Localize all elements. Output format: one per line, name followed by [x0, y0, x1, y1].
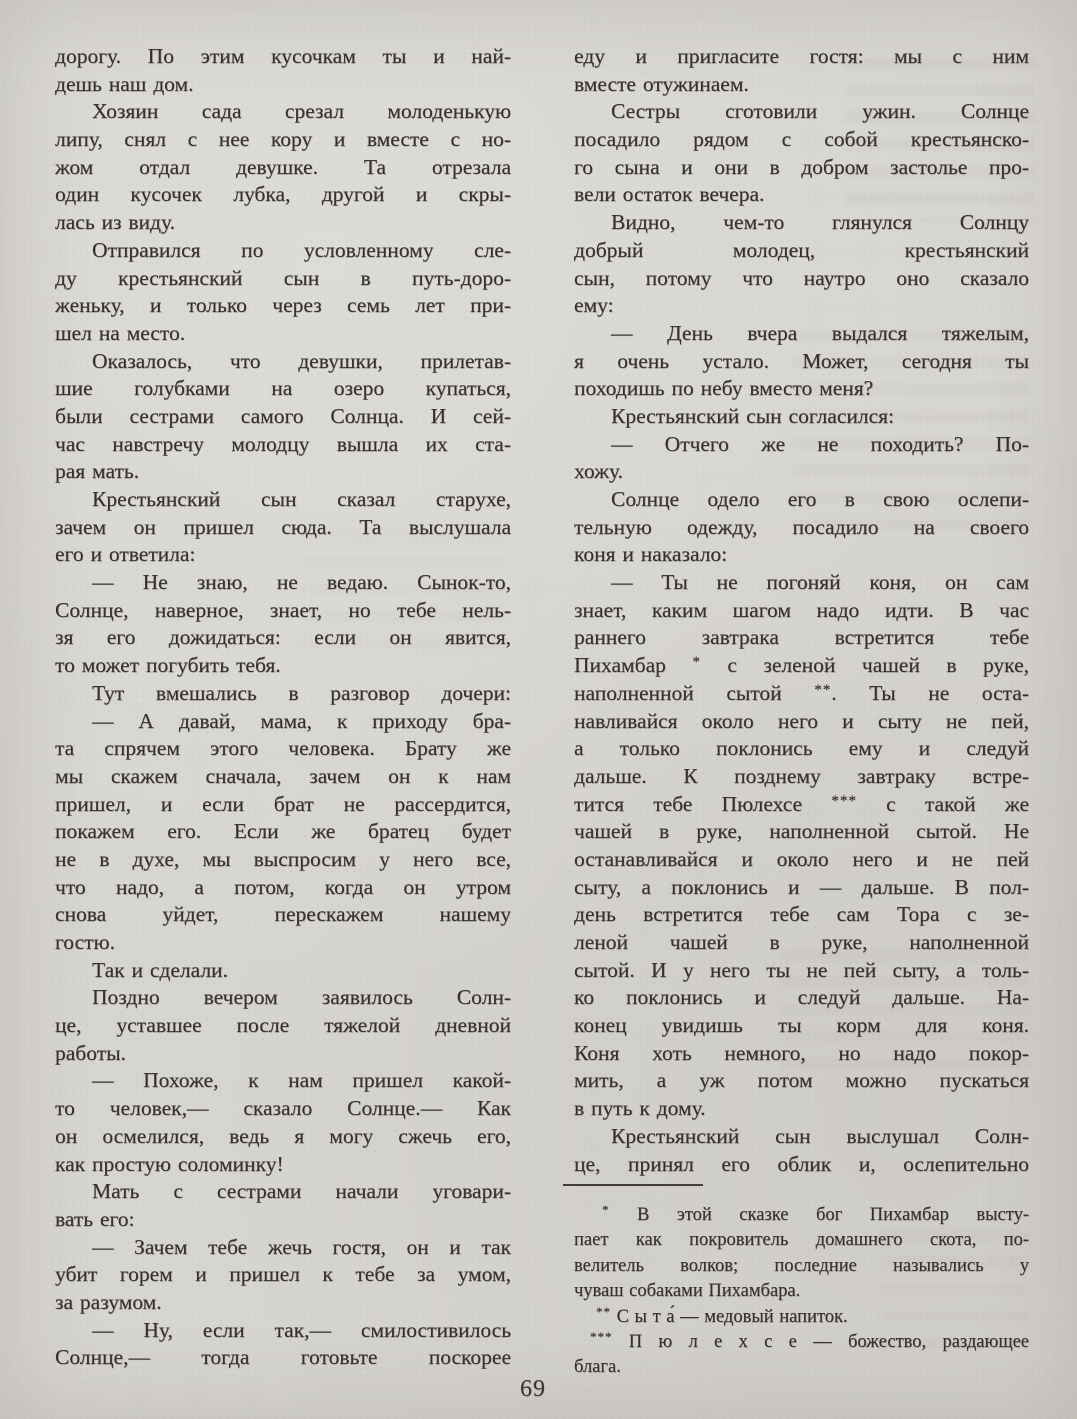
text-line: велитель волков; последние назывались у [574, 1254, 1029, 1279]
text-line: липу, снял с нее кору и вместе с но- [55, 126, 511, 154]
paragraph: — День вчера выдался тяжелым,я очень уст… [574, 320, 1029, 403]
footnote-marker: ** [814, 682, 831, 698]
text-line: чуваш собаками Пихамбара. [574, 1279, 1029, 1304]
text-line: Поздно вечером заявилось Солн- [55, 984, 511, 1012]
text-line: дальше. К позднему завтраку встре- [574, 763, 1029, 791]
footnote-marker: * [602, 1202, 609, 1217]
text-line: сытой. И у него ты не пей сыту, а толь- [574, 957, 1029, 985]
footnote-marker: *** [831, 793, 857, 809]
text-line: Оказалось, что девушки, прилетав- [55, 348, 511, 376]
text-line: были сестрами самого Солнца. И сей- [55, 403, 511, 431]
text-line: дешь наш дом. [55, 71, 511, 99]
text-line: Тут вмешались в разговор дочери: [55, 680, 511, 708]
paragraph: — Ну, если так,— смилостивилосьСолнце,— … [55, 1317, 511, 1372]
footnotes: * В этой сказке бог Пихамбар высту-пает … [574, 1203, 1029, 1381]
text-line: Хозяин сада срезал молоденькую [55, 98, 511, 126]
text-line: вместе отужинаем. [574, 71, 1029, 99]
text-line: убит горем и пришел к тебе за умом, [55, 1261, 511, 1289]
text-line: ко поклонись и следуй дальше. На- [574, 984, 1029, 1012]
paragraph: Оказалось, что девушки, прилетав-шие гол… [55, 348, 511, 486]
text-line: — Ты не погоняй коня, он сам [574, 569, 1029, 597]
text-line: ему: [574, 292, 1029, 320]
text-line: сыту, а поклонись и — дальше. В пол- [574, 874, 1029, 902]
text-line: — А давай, мама, к приходу бра- [55, 708, 511, 736]
text-line: я очень устало. Может, сегодня ты [574, 348, 1029, 376]
text-line: за разумом. [55, 1289, 511, 1317]
text-line: — Зачем тебе жечь гостя, он и так [55, 1234, 511, 1262]
paragraph: Поздно вечером заявилось Солн-це, уставш… [55, 984, 511, 1067]
text-line: * В этой сказке бог Пихамбар высту- [574, 1203, 1029, 1228]
text-line: — Ну, если так,— смилостивилось [55, 1317, 511, 1345]
text-line: хожу. [574, 458, 1029, 486]
text-line: работы. [55, 1040, 511, 1068]
text-line: Крестьянский сын согласился: [574, 403, 1029, 431]
paragraph: *** П ю л е х с е — божество, раздающееб… [574, 1330, 1029, 1381]
text-line: Отправился по условленному сле- [55, 237, 511, 265]
paragraph: Сестры сготовили ужин. Солнцепосадило ря… [574, 98, 1029, 209]
footnote-separator [563, 1184, 703, 1186]
paragraph: Солнце одело его в свою ослепи-тельную о… [574, 486, 1029, 569]
right-column: еду и пригласите гостя: мы с нимвместе о… [574, 43, 1029, 1178]
text-line: шие голубками на озеро купаться, [55, 375, 511, 403]
text-line: навливайся около него и сыту не пей, [574, 708, 1029, 736]
paragraph: — Ты не погоняй коня, он самзнает, каким… [574, 569, 1029, 1123]
text-line: что надо, а потом, когда он утром [55, 874, 511, 902]
text-line: тится тебе Пюлехсе *** с такой же [574, 791, 1029, 819]
text-line: жом отдал девушке. Та отрезала [55, 154, 511, 182]
text-line: а только поклонись ему и следуй [574, 735, 1029, 763]
text-line: Крестьянский сын сказал старухе, [55, 486, 511, 514]
text-line: Солнце,— тогда готовьте поскорее [55, 1344, 511, 1372]
text-line: наполненной сытой **. Ты не оста- [574, 680, 1029, 708]
text-line: один кусочек лубка, другой и скры- [55, 181, 511, 209]
paragraph: Крестьянский сын выслушал Солн-це, приня… [574, 1123, 1029, 1178]
text-line: то может погубить тебя. [55, 652, 511, 680]
text-line: — День вчера выдался тяжелым, [574, 320, 1029, 348]
text-line: Мать с сестрами начали уговари- [55, 1178, 511, 1206]
text-line: зачем он пришел сюда. Та выслушала [55, 514, 511, 542]
text-line: Пихамбар * с зеленой чашей в руке, [574, 652, 1029, 680]
paragraph: — Похоже, к нам пришел какой-то человек,… [55, 1067, 511, 1178]
text-line: Так и сделали. [55, 957, 511, 985]
text-line: пает как покровитель домашнего скота, по… [574, 1228, 1029, 1253]
text-line: *** П ю л е х с е — божество, раздающее [574, 1330, 1029, 1355]
text-line: го сына и они в добром застолье про- [574, 154, 1029, 182]
text-line: ду крестьянский сын в путь-доро- [55, 265, 511, 293]
book-page: дорогу. По этим кусочкам ты и най-дешь н… [0, 0, 1077, 1419]
text-line: пришел, и если брат не рассердится, [55, 791, 511, 819]
text-line: Солнце одело его в свою ослепи- [574, 486, 1029, 514]
paragraph: Тут вмешались в разговор дочери: [55, 680, 511, 708]
text-line: снова уйдет, перескажем нашему [55, 901, 511, 929]
text-line: Солнце, наверное, знает, но тебе нель- [55, 597, 511, 625]
text-line: женьку, и только через семь лет при- [55, 292, 511, 320]
text-line: конец увидишь ты корм для коня. [574, 1012, 1029, 1040]
text-line: Коня хоть немного, но надо покор- [574, 1040, 1029, 1068]
text-line: он осмелился, ведь я могу сжечь его, [55, 1123, 511, 1151]
text-line: тельную одежду, посадило на своего [574, 514, 1029, 542]
paragraph: Крестьянский сын согласился: [574, 403, 1029, 431]
text-line: день встретится тебе сам Тора с зе- [574, 901, 1029, 929]
paragraph: * В этой сказке бог Пихамбар высту-пает … [574, 1203, 1029, 1305]
text-line: его и ответила: [55, 541, 511, 569]
text-line: добрый молодец, крестьянский [574, 237, 1029, 265]
paragraph: Отправился по условленному сле-ду кресть… [55, 237, 511, 348]
paragraph: дорогу. По этим кусочкам ты и най-дешь н… [55, 43, 511, 98]
paragraph: — Зачем тебе жечь гостя, он и такубит го… [55, 1234, 511, 1317]
paragraph: еду и пригласите гостя: мы с нимвместе о… [574, 43, 1029, 98]
text-line: мы скажем сначала, зачем он к нам [55, 763, 511, 791]
paragraph: — А давай, мама, к приходу бра-та спряче… [55, 708, 511, 957]
text-line: покажем его. Если же братец будет [55, 818, 511, 846]
footnote-marker: * [692, 654, 701, 670]
text-line: шел на место. [55, 320, 511, 348]
paragraph: Видно, чем-то глянулся Солнцудобрый моло… [574, 209, 1029, 320]
text-line: — Похоже, к нам пришел какой- [55, 1067, 511, 1095]
text-line: останавливайся и около него и не пей [574, 846, 1029, 874]
text-line: та спрячем этого человека. Брату же [55, 735, 511, 763]
text-line: леной чашей в руке, наполненной [574, 929, 1029, 957]
paragraph: Так и сделали. [55, 957, 511, 985]
text-line: час навстречу молодцу вышла их ста- [55, 431, 511, 459]
text-line: це, уставшее после тяжелой дневной [55, 1012, 511, 1040]
text-line: не в духе, мы выспросим у него все, [55, 846, 511, 874]
text-line: коня и наказало: [574, 541, 1029, 569]
text-line: еду и пригласите гостя: мы с ним [574, 43, 1029, 71]
text-line: вели остаток вечера. [574, 181, 1029, 209]
paragraph: Крестьянский сын сказал старухе,зачем он… [55, 486, 511, 569]
text-line: Видно, чем-то глянулся Солнцу [574, 209, 1029, 237]
footnote-marker: ** [596, 1304, 611, 1319]
text-line: сын, потому что наутро оно сказало [574, 265, 1029, 293]
text-line: мить, а уж потом можно пускаться [574, 1067, 1029, 1095]
text-line: раннего завтрака встретится тебе [574, 624, 1029, 652]
text-line: как простую соломинку! [55, 1151, 511, 1179]
text-line: лась из виду. [55, 209, 511, 237]
text-line: чашей в руке, наполненной сытой. Не [574, 818, 1029, 846]
page-number: 69 [0, 1376, 1066, 1403]
paragraph: Мать с сестрами начали уговари-вать его: [55, 1178, 511, 1233]
footnote-marker: *** [590, 1329, 612, 1344]
text-line: гостю. [55, 929, 511, 957]
text-line: знает, каким шагом надо идти. В час [574, 597, 1029, 625]
text-line: в путь к дому. [574, 1095, 1029, 1123]
paragraph: Хозяин сада срезал молоденькуюлипу, снял… [55, 98, 511, 236]
text-line: Крестьянский сын выслушал Солн- [574, 1123, 1029, 1151]
paragraph: ** С ы т а́ — медовый напиток. [574, 1305, 1029, 1330]
text-line: походишь по небу вместо меня? [574, 375, 1029, 403]
text-line: то человек,— сказало Солнце.— Как [55, 1095, 511, 1123]
left-column: дорогу. По этим кусочкам ты и най-дешь н… [55, 43, 511, 1372]
text-line: — Не знаю, не ведаю. Сынок-то, [55, 569, 511, 597]
text-line: — Отчего же не походить? По- [574, 431, 1029, 459]
text-line: Сестры сготовили ужин. Солнце [574, 98, 1029, 126]
text-line: це, принял его облик и, ослепительно [574, 1151, 1029, 1179]
text-line: рая мать. [55, 458, 511, 486]
paragraph: — Отчего же не походить? По-хожу. [574, 431, 1029, 486]
text-line: вать его: [55, 1206, 511, 1234]
text-line: дорогу. По этим кусочкам ты и най- [55, 43, 511, 71]
text-line: посадило рядом с собой крестьянско- [574, 126, 1029, 154]
paragraph: — Не знаю, не ведаю. Сынок-то,Солнце, на… [55, 569, 511, 680]
text-line: ** С ы т а́ — медовый напиток. [574, 1305, 1029, 1330]
text-line: зя его дожидаться: если он явится, [55, 624, 511, 652]
